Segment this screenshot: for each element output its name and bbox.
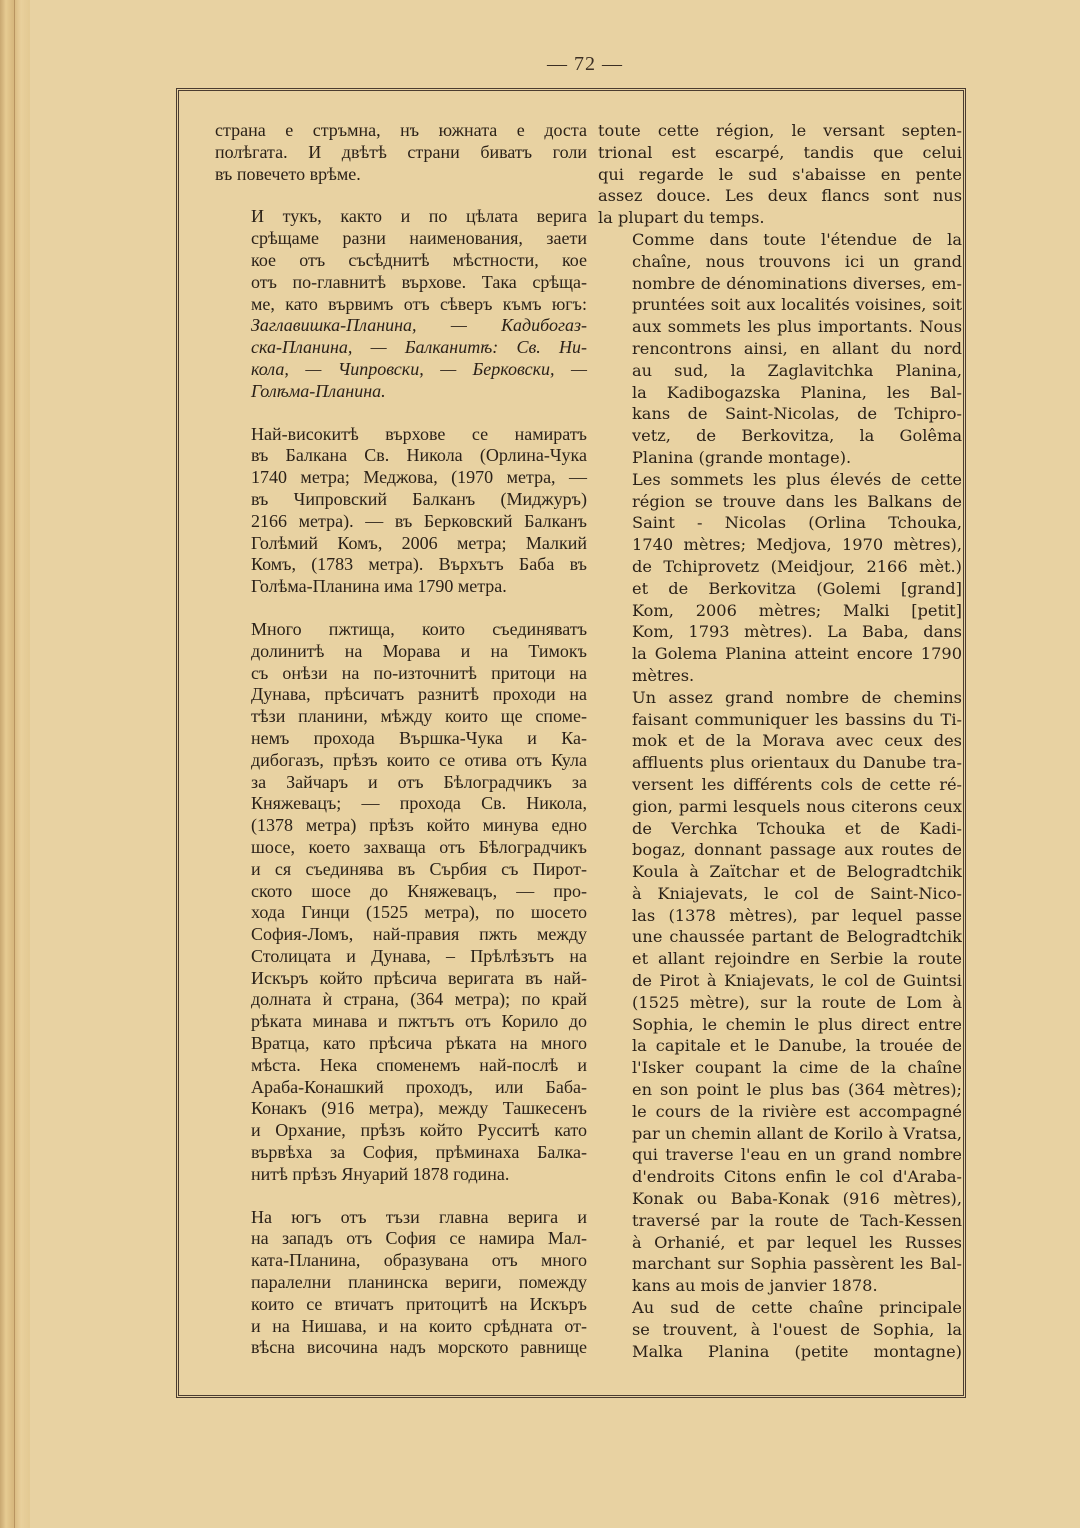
text-line: шосе, което захваща отъ Бѣлоградчикъ: [215, 837, 587, 859]
text-line: la Golema Planina atteint encore 1790: [598, 643, 962, 665]
page-number: — 72 —: [90, 53, 1080, 76]
text-line: faisant communiquer les bassins du Ti-: [598, 709, 962, 731]
text-line: bogaz, donnant passage aux routes de: [598, 839, 962, 861]
text-line: et de Berkovitza (Golemi [grand]: [598, 578, 962, 600]
text-line: la capitale et le Danube, la trouée de: [598, 1035, 962, 1057]
text-line: Голѣма-Планина.: [215, 381, 587, 403]
text-line: 2166 метра). — въ Берковский Балканъ: [215, 511, 587, 533]
text-line: ска-Планина, — Балканитѣ: Св. Ни-: [215, 337, 587, 359]
fr-paragraph-3: Les sommets les plus élevés de cette rég…: [598, 469, 962, 687]
text-line: nombre de dénominations diverses, em-: [598, 273, 962, 295]
text-line: chaîne, nous trouvons ici un grand: [598, 251, 962, 273]
bulgarian-text-column: страна е стръмна, нъ южната е доста полѣ…: [215, 120, 587, 1359]
text-line: ското шосе до Княжевацъ, — про-: [215, 881, 587, 903]
bg-paragraph-1: страна е стръмна, нъ южната е доста полѣ…: [215, 120, 587, 185]
text-line: дибогазъ, прѣзъ които се отива отъ Кула: [215, 750, 587, 772]
text-line: de Tchiprovetz (Meidjour, 2166 mèt.): [598, 556, 962, 578]
text-line: à Orhanié, et par lequel les Russes: [598, 1232, 962, 1254]
text-line: хода Гинци (1525 метра), по шосето: [215, 902, 587, 924]
text-line: Les sommets les plus élevés de cette: [598, 469, 962, 491]
text-line: рѣката минава и пжтътъ отъ Корило до: [215, 1011, 587, 1033]
text-line: gion, parmi lesquels nous citerons ceux: [598, 796, 962, 818]
text-line: Столицата и Дунава, – Прѣлѣзътъ на: [215, 946, 587, 968]
text-line: Kom, 2006 mètres; Malki [petit]: [598, 600, 962, 622]
french-text-column: toute cette région, le versant septen- t…: [598, 120, 962, 1362]
text-line: въ Чипровский Балканъ (Миджуръ): [215, 489, 587, 511]
text-line: Много пжтища, които съединяватъ: [215, 619, 587, 641]
text-line: Араба-Конашкий проходъ, или Баба-: [215, 1077, 587, 1099]
text-line: долната ѝ страна, (364 метра); по край: [215, 989, 587, 1011]
text-line: (1378 метра) прѣзъ който минува едно: [215, 815, 587, 837]
text-line: срѣщаме разни наименования, заети: [215, 228, 587, 250]
text-line: Дунава, прѣсичатъ разнитѣ проходи на: [215, 684, 587, 706]
text-line: assez douce. Les deux flancs sont nus: [598, 185, 962, 207]
text-line: Comme dans toute l'étendue de la: [598, 229, 962, 251]
text-line: au sud, la Zaglavitchka Planina,: [598, 360, 962, 382]
text-line: 1740 метра; Меджова, (1970 метра, —: [215, 467, 587, 489]
text-line: de Pirot à Kniajevats, le col de Guintsi: [598, 970, 962, 992]
bg-paragraph-2: И тукъ, както и по цѣлата верига срѣщаме…: [215, 206, 587, 402]
fr-paragraph-2: Comme dans toute l'étendue de la chaîne,…: [598, 229, 962, 469]
spine-fold-line: [14, 0, 15, 1528]
text-line: вѣсна височина надъ морското равнище: [215, 1337, 587, 1359]
text-line: en son point le plus bas (364 mètres);: [598, 1079, 962, 1101]
text-line: Kom, 1793 mètres). La Baba, dans: [598, 621, 962, 643]
text-line: de Verchka Tchouka et de Kadi-: [598, 818, 962, 840]
text-line: долинитѣ на Морава и на Тимокъ: [215, 641, 587, 663]
text-line: ката-Планина, образувана отъ много: [215, 1250, 587, 1272]
text-line: съ онѣзи на по-източнитѣ притоци на: [215, 663, 587, 685]
text-line: страна е стръмна, нъ южната е доста: [215, 120, 587, 142]
text-line: за Зайчаръ и отъ Бѣлоградчикъ за: [215, 772, 587, 794]
text-line: които се втичатъ притоцитѣ на Искъръ: [215, 1294, 587, 1316]
text-line: trional est escarpé, tandis que celui: [598, 142, 962, 164]
text-line: въ повечето врѣме.: [215, 164, 587, 186]
text-line: par un chemin allant de Korilo à Vratsa,: [598, 1123, 962, 1145]
text-line: traversé par la route de Tach-Kessen: [598, 1210, 962, 1232]
text-line: Konak ou Baba-Konak (916 mètres),: [598, 1188, 962, 1210]
text-line: kans de Saint-Nicolas, de Tchipro-: [598, 403, 962, 425]
text-line: на западъ отъ София се намира Мал-: [215, 1228, 587, 1250]
text-line: affluents plus orientaux du Danube tra-: [598, 752, 962, 774]
text-line: le cours de la rivière est accompagné: [598, 1101, 962, 1123]
text-line: София-Ломъ, най-правия пжть между: [215, 924, 587, 946]
text-line: se trouvent, à l'ouest de Sophia, la: [598, 1319, 962, 1341]
fr-paragraph-4: Un assez grand nombre de chemins faisant…: [598, 687, 962, 1297]
text-line: une chaussée partant de Belogradtchik: [598, 926, 962, 948]
text-line: aux sommets les plus importants. Nous: [598, 316, 962, 338]
bg-paragraph-3: Най-високитѣ върхове се намиратъ въ Балк…: [215, 424, 587, 598]
text-line: Saint - Nicolas (Orlina Tchouka,: [598, 512, 962, 534]
text-line: las (1378 mètres), par lequel passe: [598, 905, 962, 927]
text-line: d'endroits Citons enfin le col d'Araba-: [598, 1166, 962, 1188]
text-line: немъ прохода Вършка-Чука и Ка-: [215, 728, 587, 750]
text-line: mok et de la Morava avec ceux des: [598, 730, 962, 752]
text-line: versent les différents cols de cette ré-: [598, 774, 962, 796]
text-line: И тукъ, както и по цѣлата верига: [215, 206, 587, 228]
text-line: pruntées soit aux localités voisines, so…: [598, 294, 962, 316]
text-line: Комъ, (1783 метра). Върхътъ Баба въ: [215, 554, 587, 576]
text-line: нитѣ прѣзъ Януарий 1878 година.: [215, 1164, 587, 1186]
text-line: кола, — Чипровски, — Берковски, —: [215, 359, 587, 381]
text-line: vetz, de Berkovitza, la Golêma: [598, 425, 962, 447]
text-line: toute cette région, le versant septen-: [598, 120, 962, 142]
text-line: Au sud de cette chaîne principale: [598, 1297, 962, 1319]
text-line: l'Isker coupant la cime de la chaîne: [598, 1057, 962, 1079]
text-line: вървѣха за София, прѣминаха Балка-: [215, 1142, 587, 1164]
text-line: région se trouve dans les Balkans de: [598, 491, 962, 513]
bg-paragraph-4: Много пжтища, които съединяватъ долинитѣ…: [215, 619, 587, 1186]
text-line: la Kadibogazska Planina, les Bal-: [598, 382, 962, 404]
text-line: Заглавишка-Планина, — Кадибогаз-: [215, 315, 587, 337]
text-line: 1740 mètres; Medjova, 1970 mètres),: [598, 534, 962, 556]
text-line: отъ по-главнитѣ върхове. Така срѣща-: [215, 272, 587, 294]
text-line: Голѣма-Планина има 1790 метра.: [215, 576, 587, 598]
text-line: кое отъ съсѣднитѣ мѣстности, кое: [215, 250, 587, 272]
text-line: Конакъ (916 метра), между Ташкесенъ: [215, 1098, 587, 1120]
text-line: и ся съединява въ Сърбия съ Пирот-: [215, 859, 587, 881]
text-line: мѣста. Нека споменемъ най-послѣ и: [215, 1055, 587, 1077]
fr-paragraph-5: Au sud de cette chaîne principale se tro…: [598, 1297, 962, 1362]
text-line: Planina (grande montage).: [598, 447, 962, 469]
text-line: полѣгата. И двѣтѣ страни биватъ голи: [215, 142, 587, 164]
text-line: ме, като вървимъ отъ сѣверъ къмъ югъ:: [215, 294, 587, 316]
text-line: паралелни планинска вериги, помежду: [215, 1272, 587, 1294]
text-line: Княжевацъ; — прохода Св. Никола,: [215, 793, 587, 815]
text-line: qui traverse l'eau en un grand nombre: [598, 1144, 962, 1166]
fr-paragraph-1: toute cette région, le versant septen- t…: [598, 120, 962, 229]
bg-paragraph-5: На югъ отъ тъзи главна верига и на запад…: [215, 1207, 587, 1360]
text-line: Искъръ който прѣсича веригата въ най-: [215, 968, 587, 990]
text-line: et allant rejoindre en Serbie la route: [598, 948, 962, 970]
text-line: Вратца, като прѣсича рѣката на много: [215, 1033, 587, 1055]
text-line: rencontrons ainsi, en allant du nord: [598, 338, 962, 360]
text-line: Най-високитѣ върхове се намиратъ: [215, 424, 587, 446]
text-line: à Kniajevats, le col de Saint-Nico-: [598, 883, 962, 905]
text-line: Un assez grand nombre de chemins: [598, 687, 962, 709]
text-line: kans au mois de janvier 1878.: [598, 1275, 962, 1297]
text-line: Malka Planina (petite montagne): [598, 1341, 962, 1363]
text-line: Sophia, le chemin le plus direct entre: [598, 1014, 962, 1036]
text-line: qui regarde le sud s'abaisse en pente: [598, 164, 962, 186]
book-spine-edge: [0, 0, 30, 1528]
text-line: Koula à Zaïtchar et de Belogradtchik: [598, 861, 962, 883]
text-line: marchant sur Sophia passèrent les Bal-: [598, 1253, 962, 1275]
text-line: Голѣмий Комъ, 2006 метра; Малкий: [215, 533, 587, 555]
text-line: На югъ отъ тъзи главна верига и: [215, 1207, 587, 1229]
text-line: тѣзи планини, мѣжду които ще споме-: [215, 706, 587, 728]
text-line: и на Нишава, и на които срѣдната от-: [215, 1316, 587, 1338]
text-line: (1525 mètre), sur la route de Lom à: [598, 992, 962, 1014]
text-line: и Орхание, прѣзъ който Русситѣ като: [215, 1120, 587, 1142]
text-line: въ Балкана Св. Никола (Орлина-Чука: [215, 445, 587, 467]
text-line: la plupart du temps.: [598, 207, 962, 229]
text-line: mètres.: [598, 665, 962, 687]
